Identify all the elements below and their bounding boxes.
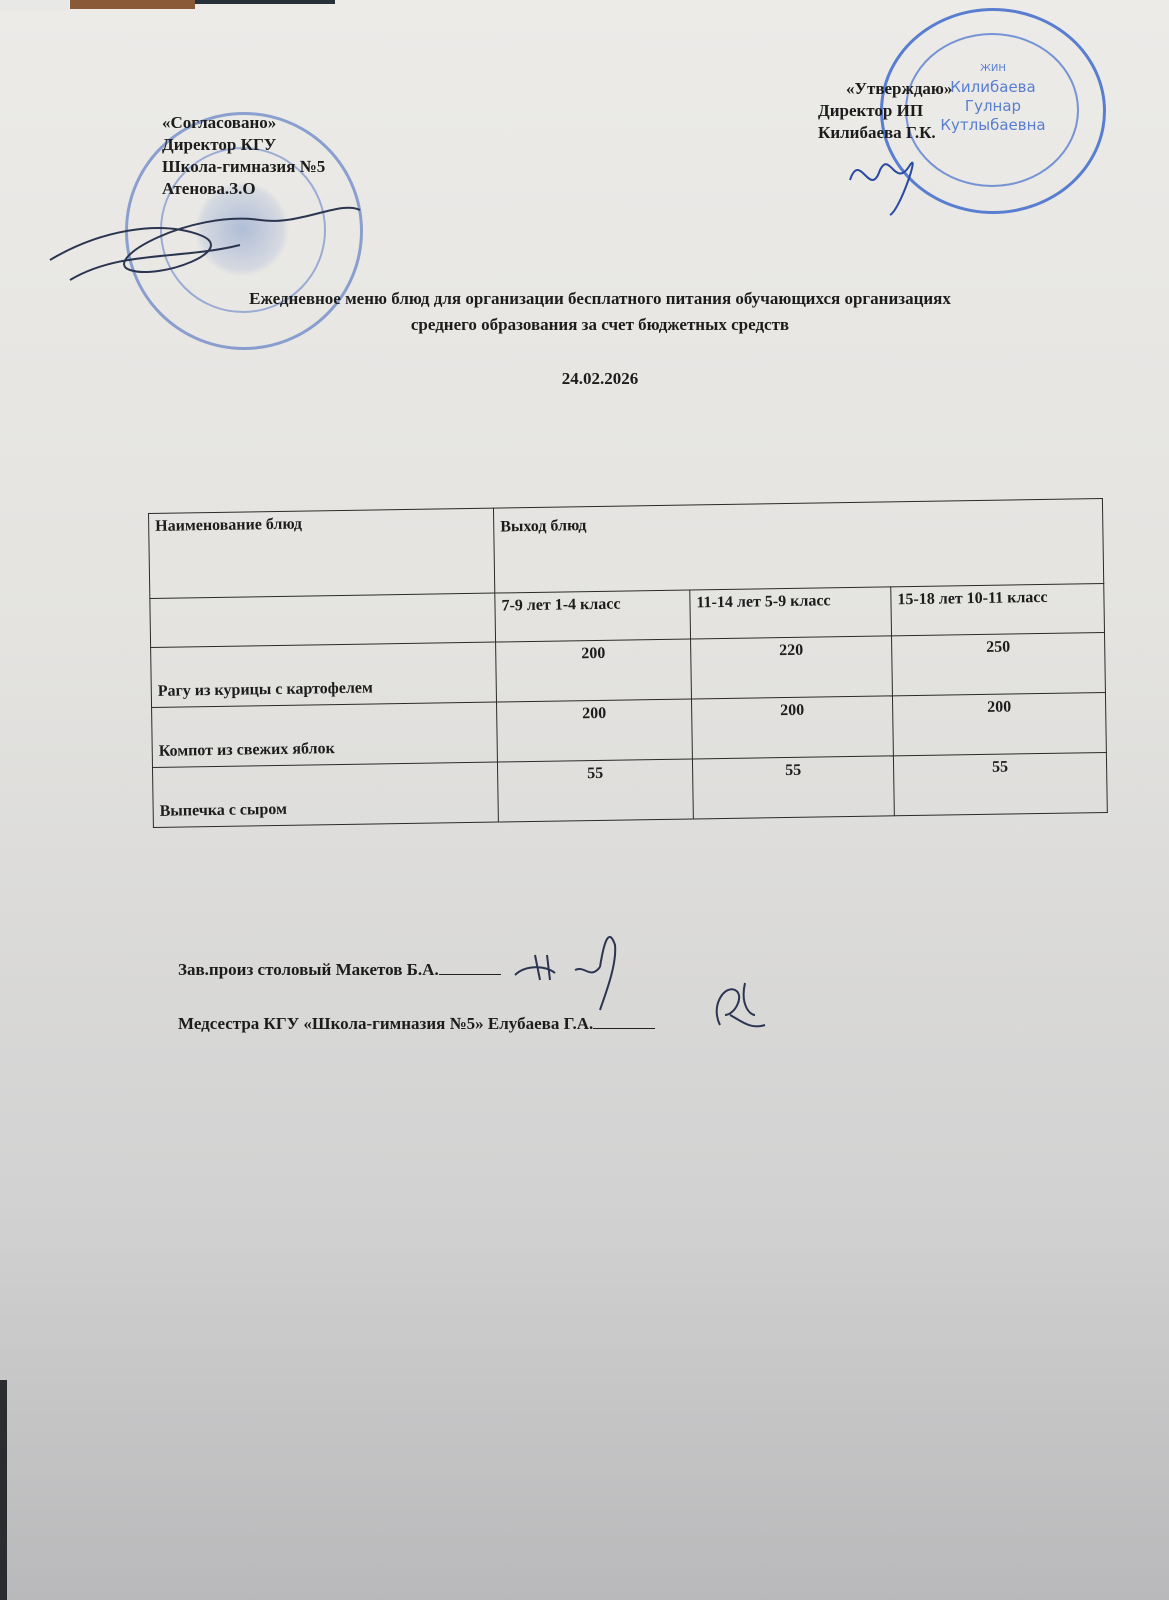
dish-yield: 250: [892, 632, 1106, 695]
dish-name: Рагу из курицы с картофелем: [151, 642, 497, 707]
signature-nurse: [705, 975, 775, 1035]
approval-block-agreed: «Согласовано» Директор КГУ Школа-гимнази…: [162, 112, 325, 200]
dish-name: Выпечка с сыром: [152, 762, 498, 827]
age-group-header: 7-9 лет 1-4 класс: [495, 590, 691, 642]
signature-line-nurse: Медсестра КГУ «Школа-гимназия №5» Елубае…: [178, 1014, 655, 1034]
dish-name: Компот из свежих яблок: [152, 702, 498, 767]
approval-block-approved: «Утверждаю» Директор ИП Килибаева Г.К.: [818, 78, 952, 144]
signature-director-ip: [840, 140, 940, 220]
dish-yield: 200: [497, 699, 693, 762]
signature-chef: [505, 925, 635, 1015]
header-dish-name: Наименование блюд: [149, 508, 495, 598]
dish-yield: 200: [496, 639, 692, 702]
age-group-header: 11-14 лет 5-9 класс: [690, 587, 892, 639]
document-subtitle: среднего образования за счет бюджетных с…: [140, 313, 1060, 337]
dish-yield: 55: [692, 756, 894, 819]
chef-name: Зав.произ столовый Макетов Б.А.: [178, 960, 439, 979]
dish-yield: 55: [893, 752, 1107, 815]
age-group-header: 15-18 лет 10-11 класс: [891, 583, 1105, 635]
menu-table: Наименование блюд Выход блюд 7-9 лет 1-4…: [148, 498, 1108, 828]
signature-director-school: [40, 190, 370, 300]
approval-position: Директор ИП: [818, 100, 952, 122]
approval-organization: Школа-гимназия №5: [162, 156, 325, 178]
dish-yield: 220: [691, 636, 893, 699]
dish-yield: 200: [892, 692, 1106, 755]
empty-cell: [150, 593, 496, 647]
approval-position: Директор КГУ: [162, 134, 325, 156]
header-yield: Выход блюд: [493, 499, 1103, 594]
stamp-text: ЖИН: [923, 59, 1063, 78]
photo-background-edge-left: [0, 1380, 7, 1600]
table-header-row: Наименование блюд Выход блюд: [149, 499, 1104, 599]
dish-yield: 200: [691, 696, 893, 759]
document-date: 24.02.2026: [140, 367, 1060, 391]
signature-blank: [593, 1014, 655, 1029]
nurse-name: Медсестра КГУ «Школа-гимназия №5» Елубае…: [178, 1014, 593, 1033]
signature-blank: [439, 960, 501, 975]
document-title: Ежедневное меню блюд для организации бес…: [140, 287, 1060, 311]
approval-heading: «Утверждаю»: [818, 78, 952, 100]
approval-heading: «Согласовано»: [162, 112, 325, 134]
signature-line-chef: Зав.произ столовый Макетов Б.А.: [178, 960, 501, 980]
dish-yield: 55: [497, 759, 693, 822]
